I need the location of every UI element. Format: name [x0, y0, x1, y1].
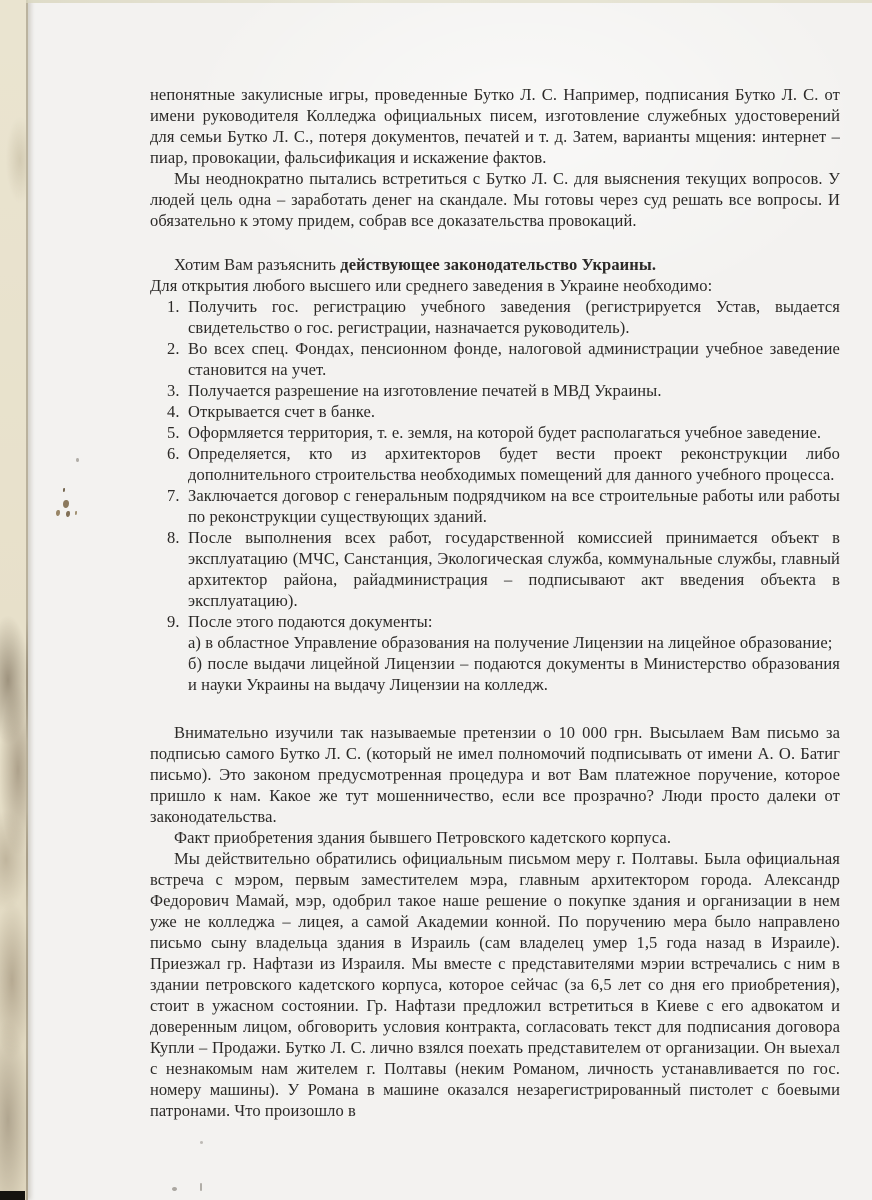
list-item-3: 3. Получается разрешение на изготовление… — [150, 380, 840, 401]
document-text-block: непонятные закулисные игры, проведенные … — [150, 84, 840, 1121]
numbered-list: 1. Получить гос. регистрацию учебного за… — [150, 296, 840, 695]
list-item-2: 2. Во всех спец. Фондах, пенсионном фонд… — [150, 338, 840, 380]
legislation-section: Хотим Вам разъяснить действующее законод… — [150, 254, 840, 695]
list-item-number: 1. — [167, 296, 180, 317]
list-subitem-a: а) в областное Управление образования на… — [188, 632, 840, 653]
scan-speck — [76, 458, 79, 462]
list-item-5: 5. Оформляется территория, т. е. земля, … — [150, 422, 840, 443]
scan-corner-shadow — [0, 1191, 25, 1200]
list-item-text: Во всех спец. Фондах, пенсионном фонде, … — [188, 339, 840, 379]
scan-top-edge — [26, 0, 872, 3]
list-item-7: 7. Заключается договор с генеральным под… — [150, 485, 840, 527]
closing-section: Внимательно изучили так называемые прете… — [150, 722, 840, 1121]
scan-edge-strip — [0, 0, 28, 1200]
list-item-text: После выполнения всех работ, государстве… — [188, 528, 840, 610]
scan-speck — [200, 1141, 203, 1144]
paragraph-meetings: Мы неоднократно пытались встретиться с Б… — [150, 168, 840, 231]
list-item-text: Получить гос. регистрацию учебного завед… — [188, 297, 840, 337]
list-subitem-b: б) после выдачи лицейной Лицензии – пода… — [188, 653, 840, 695]
list-item-number: 7. — [167, 485, 180, 506]
ink-blot-artifact — [63, 500, 69, 508]
scan-speck — [172, 1187, 177, 1191]
list-item-number: 6. — [167, 443, 180, 464]
heading-lead-text: Хотим Вам разъяснить — [174, 255, 340, 274]
list-item-text: Получается разрешение на изготовление пе… — [188, 381, 662, 400]
list-item-number: 3. — [167, 380, 180, 401]
list-item-number: 4. — [167, 401, 180, 422]
heading-bold-text: действующее законодательство Украины. — [340, 255, 656, 274]
list-item-number: 8. — [167, 527, 180, 548]
paragraph-claims: Внимательно изучили так называемые прете… — [150, 722, 840, 827]
paragraph-continuation: непонятные закулисные игры, проведенные … — [150, 84, 840, 168]
list-item-text: Оформляется территория, т. е. земля, на … — [188, 423, 821, 442]
list-item-number: 2. — [167, 338, 180, 359]
list-item-1: 1. Получить гос. регистрацию учебного за… — [150, 296, 840, 338]
list-item-text: Определяется, кто из архитекторов будет … — [188, 444, 840, 484]
list-item-8: 8. После выполнения всех работ, государс… — [150, 527, 840, 611]
section-intro-line: Для открытия любого высшего или среднего… — [150, 275, 840, 296]
scan-speck — [200, 1183, 202, 1191]
list-item-text: Заключается договор с генеральным подряд… — [188, 486, 840, 526]
list-item-6: 6. Определяется, кто из архитекторов буд… — [150, 443, 840, 485]
list-item-number: 9. — [167, 611, 180, 632]
list-item-text: После этого подаются документы: — [188, 612, 433, 631]
list-item-9: 9. После этого подаются документы: а) в … — [150, 611, 840, 695]
section-heading-line: Хотим Вам разъяснить действующее законод… — [150, 254, 840, 275]
list-item-text: Открывается счет в банке. — [188, 402, 375, 421]
paragraph-poltava-story: Мы действительно обратились официальным … — [150, 848, 840, 1121]
list-item-number: 5. — [167, 422, 180, 443]
list-item-4: 4. Открывается счет в банке. — [150, 401, 840, 422]
paragraph-building-fact: Факт приобретения здания бывшего Петровс… — [150, 827, 840, 848]
